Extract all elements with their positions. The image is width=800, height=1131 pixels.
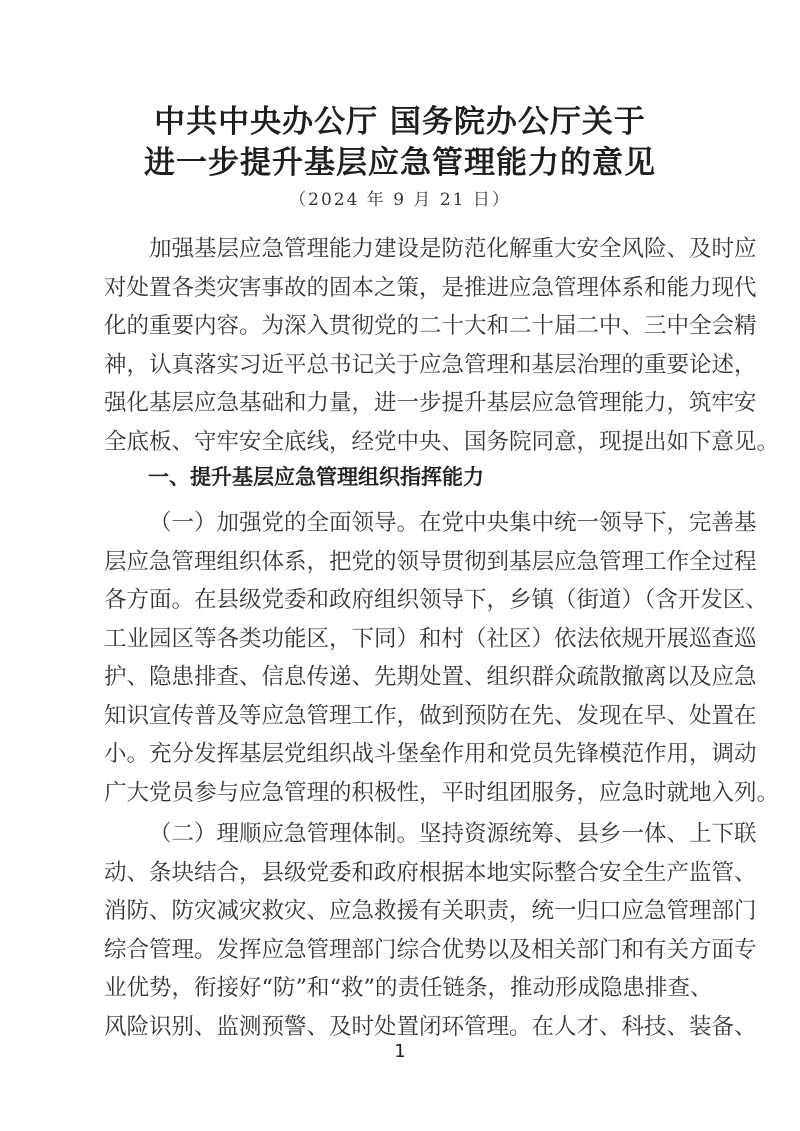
intro-paragraph: 加强基层应急管理能力建设是防范化解重大安全风险、及时应 对处置各类灾害事故的固本… <box>104 230 696 461</box>
paragraph-line: 广大党员参与应急管理的积极性，平时组团服务，应急时就地入列。 <box>104 774 696 813</box>
paragraph-line: 消防、防灾减灾救灾、应急救援有关职责，统一归口应急管理部门 <box>104 892 696 931</box>
paragraph-line: 小。充分发挥基层党组织战斗堡垒作用和党员先锋模范作用，调动 <box>104 735 696 774</box>
page-number: 1 <box>0 1040 800 1064</box>
paragraph-line: 各方面。在县级党委和政府组织领导下，乡镇（街道）（含开发区、 <box>104 581 696 620</box>
paragraph-party-leadership: （一）加强党的全面领导。在党中央集中统一领导下，完善基 层应急管理组织体系，把党… <box>104 504 696 812</box>
paragraph-line: 护、隐患排查、信息传递、先期处置、组织群众疏散撤离以及应急 <box>104 658 696 697</box>
document-page: 中共中央办公厅 国务院办公厅关于 进一步提升基层应急管理能力的意见 （2024 … <box>0 0 800 1131</box>
document-date: （2024 年 9 月 21 日） <box>0 188 800 212</box>
paragraph-line: 化的重要内容。为深入贯彻党的二十大和二十届二中、三中全会精 <box>104 307 696 346</box>
paragraph-line: 业优势，衔接好“防”和“救”的责任链条，推动形成隐患排查、 <box>104 969 696 1008</box>
paragraph-line: 综合管理。发挥应急管理部门综合优势以及相关部门和有关方面专 <box>104 931 696 970</box>
document-title-line-1: 中共中央办公厅 国务院办公厅关于 <box>0 102 800 142</box>
paragraph-line: （二）理顺应急管理体制。坚持资源统筹、县乡一体、上下联 <box>104 815 696 854</box>
paragraph-line: 神，认真落实习近平总书记关于应急管理和基层治理的重要论述， <box>104 346 696 385</box>
document-title-line-2: 进一步提升基层应急管理能力的意见 <box>0 143 800 183</box>
paragraph-line: （一）加强党的全面领导。在党中央集中统一领导下，完善基 <box>104 504 696 543</box>
paragraph-line: 强化基层应急基础和力量，进一步提升基层应急管理能力，筑牢安 <box>104 384 696 423</box>
paragraph-line: 工业园区等各类功能区，下同）和村（社区）依法依规开展巡查巡 <box>104 620 696 659</box>
paragraph-management-system: （二）理顺应急管理体制。坚持资源统筹、县乡一体、上下联 动、条块结合，县级党委和… <box>104 815 696 1046</box>
paragraph-line: 层应急管理组织体系，把党的领导贯彻到基层应急管理工作全过程 <box>104 543 696 582</box>
paragraph-line: 全底板、守牢安全底线，经党中央、国务院同意，现提出如下意见。 <box>104 423 696 462</box>
paragraph-line: 对处置各类灾害事故的固本之策，是推进应急管理体系和能力现代 <box>104 269 696 308</box>
paragraph-line: 动、条块结合，县级党委和政府根据本地实际整合安全生产监管、 <box>104 854 696 893</box>
paragraph-line: 知识宣传普及等应急管理工作，做到预防在先、发现在早、处置在 <box>104 697 696 736</box>
paragraph-line: 加强基层应急管理能力建设是防范化解重大安全风险、及时应 <box>104 230 696 269</box>
section-heading: 一、提升基层应急管理组织指挥能力 <box>148 462 484 492</box>
